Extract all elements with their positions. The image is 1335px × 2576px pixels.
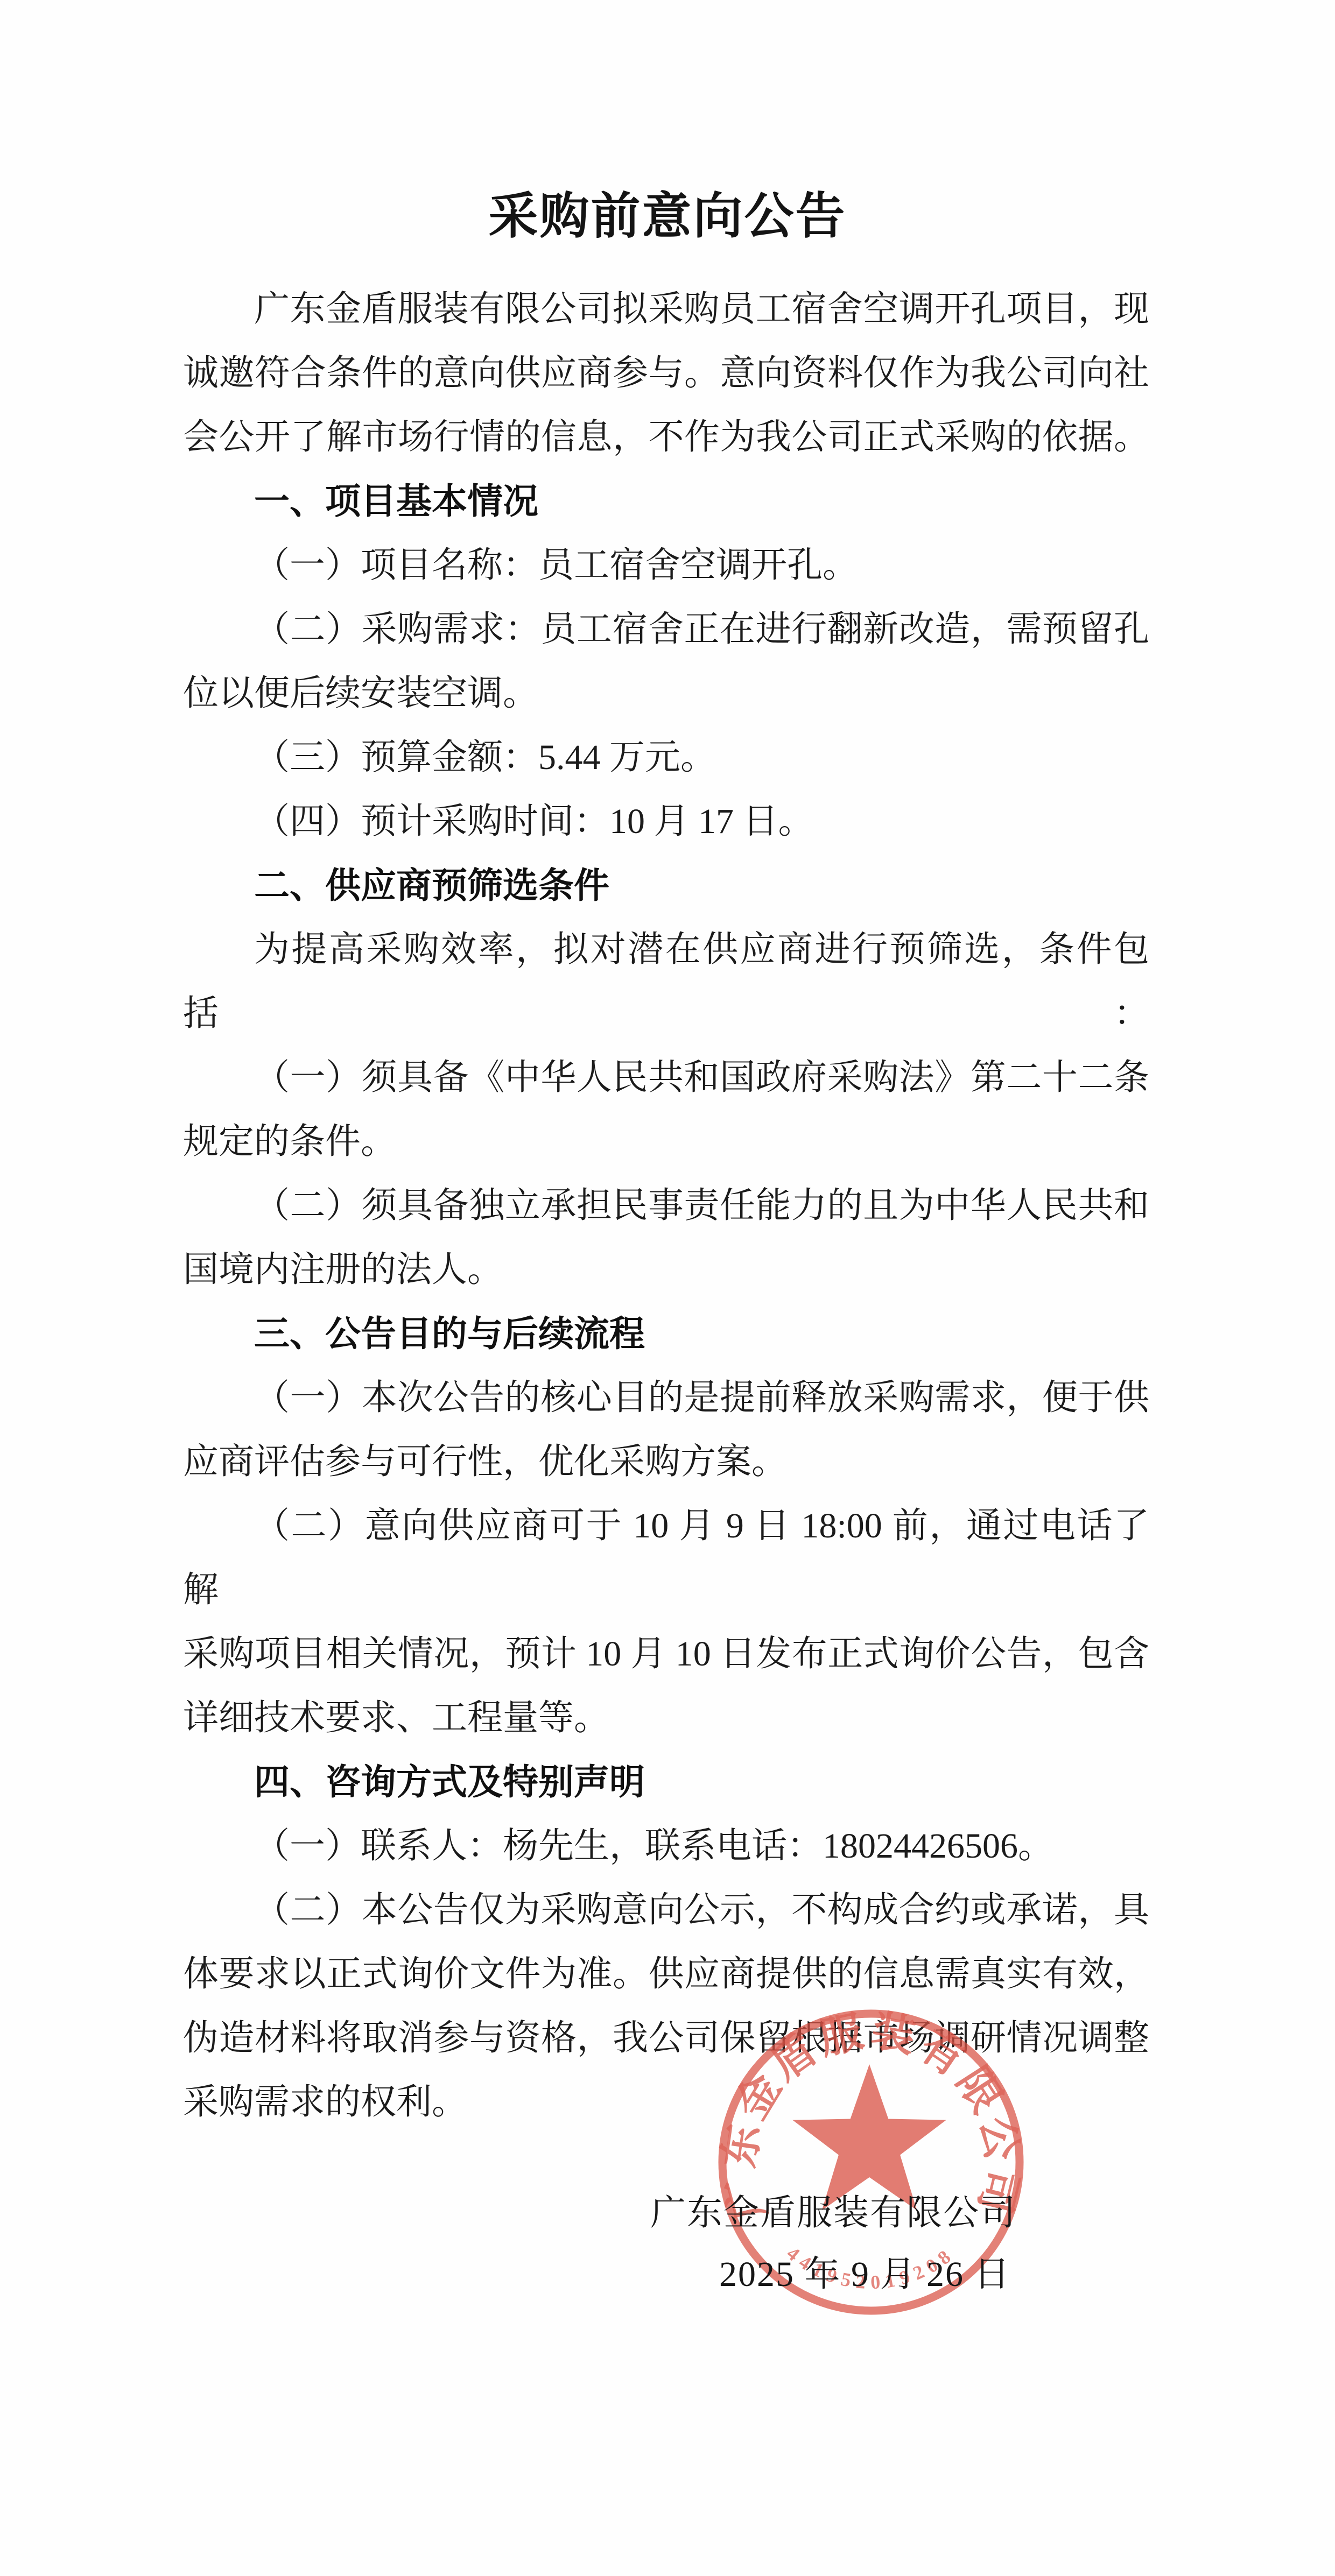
document-page: 采购前意向公告 广东金盾服装有限公司拟采购员工宿舍空调开孔项目，现 诚邀符合条件… xyxy=(0,0,1335,2576)
paragraph-line: （一）项目名称：员工宿舍空调开孔。 xyxy=(183,533,1149,597)
paragraph-line: （二）意向供应商可于 10 月 9 日 18:00 前，通过电话了解 xyxy=(183,1494,1149,1622)
paragraph-line: 为提高采购效率，拟对潜在供应商进行预筛选，条件包括： xyxy=(183,918,1149,1046)
paragraph-line: （二）本公告仅为采购意向公示，不构成合约或承诺，具 xyxy=(183,1878,1149,1942)
paragraph-line: （一）须具备《中华人民共和国政府采购法》第二十二条 xyxy=(183,1046,1149,1110)
paragraph-line: 详细技术要求、工程量等。 xyxy=(183,1686,1149,1750)
paragraph-line: 位以便后续安装空调。 xyxy=(183,661,1149,725)
signature-date: 2025 年 9 月 26 日 xyxy=(719,2245,1011,2296)
paragraph-line: （二）须具备独立承担民事责任能力的且为中华人民共和 xyxy=(183,1174,1149,1238)
paragraph-line: （二）采购需求：员工宿舍正在进行翻新改造，需预留孔 xyxy=(183,597,1149,661)
document-body: 广东金盾服装有限公司拟采购员工宿舍空调开孔项目，现 诚邀符合条件的意向供应商参与… xyxy=(183,277,1149,2134)
signature-company-name: 广东金盾服装有限公司 xyxy=(650,2184,1016,2235)
paragraph-line: 会公开了解市场行情的信息，不作为我公司正式采购的依据。 xyxy=(183,405,1149,469)
section-heading: 二、供应商预筛选条件 xyxy=(183,853,1149,918)
paragraph-line: 采购项目相关情况，预计 10 月 10 日发布正式询价公告，包含 xyxy=(183,1622,1149,1686)
paragraph-line: 国境内注册的法人。 xyxy=(183,1238,1149,1302)
paragraph-line: 规定的条件。 xyxy=(183,1110,1149,1174)
paragraph-line: 应商评估参与可行性，优化采购方案。 xyxy=(183,1430,1149,1494)
section-heading: 一、项目基本情况 xyxy=(183,469,1149,533)
paragraph-line: 广东金盾服装有限公司拟采购员工宿舍空调开孔项目，现 xyxy=(183,277,1149,341)
paragraph-line: （一）联系人：杨先生，联系电话：18024426506。 xyxy=(183,1814,1149,1878)
section-heading: 四、咨询方式及特别声明 xyxy=(183,1750,1149,1814)
paragraph-line: （三）预算金额：5.44 万元。 xyxy=(183,725,1149,789)
section-heading: 三、公告目的与后续流程 xyxy=(183,1302,1149,1366)
paragraph-line: （一）本次公告的核心目的是提前释放采购需求，便于供 xyxy=(183,1366,1149,1430)
paragraph-line: 体要求以正式询价文件为准。供应商提供的信息需真实有效， xyxy=(183,1942,1149,2006)
page-title: 采购前意向公告 xyxy=(0,177,1335,248)
paragraph-line: （四）预计采购时间：10 月 17 日。 xyxy=(183,789,1149,853)
paragraph-line: 诚邀符合条件的意向供应商参与。意向资料仅作为我公司向社 xyxy=(183,341,1149,405)
